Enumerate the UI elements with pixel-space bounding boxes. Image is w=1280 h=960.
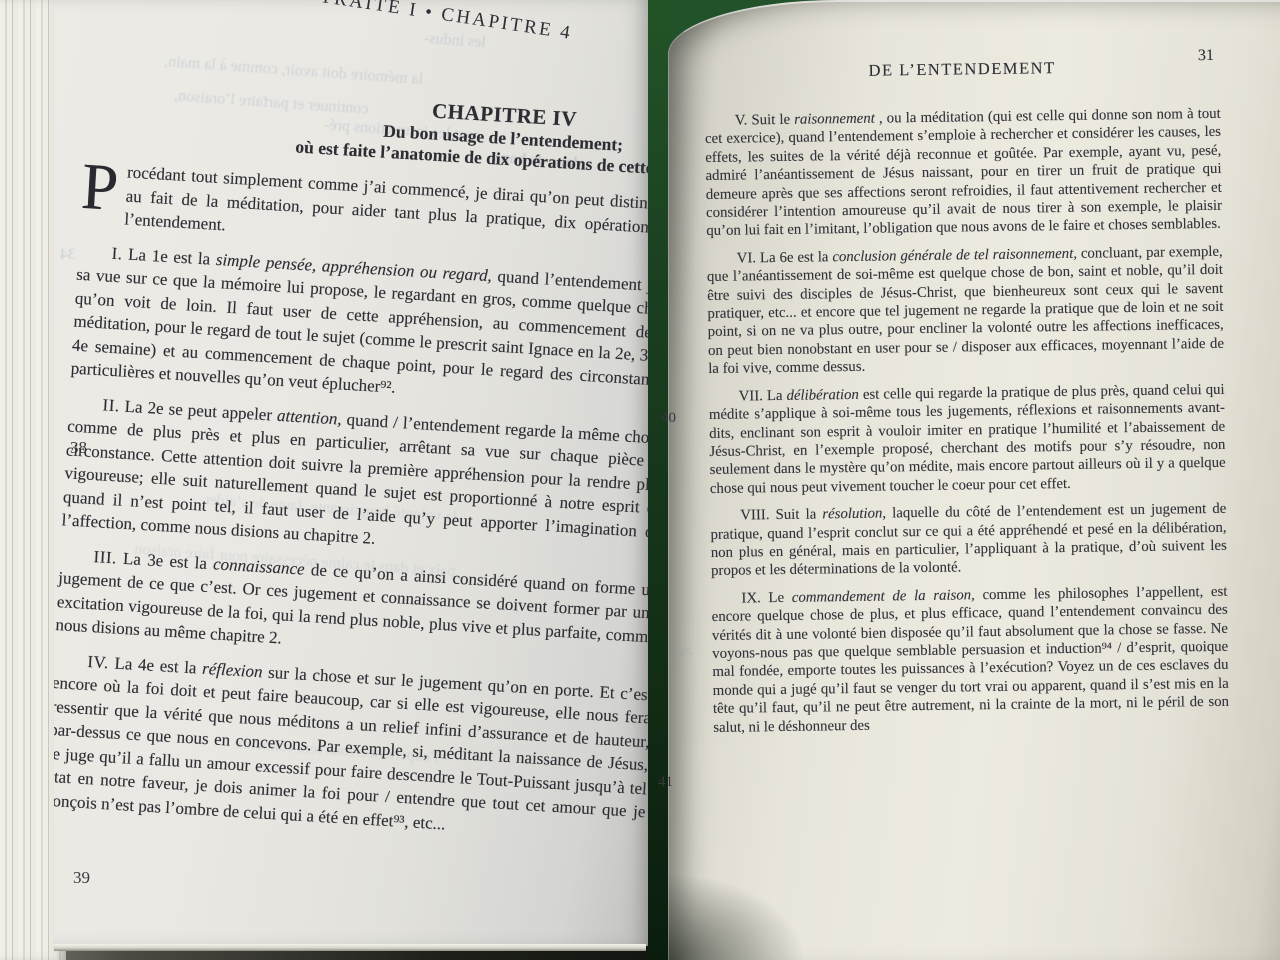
italic-term: délibération xyxy=(786,387,859,404)
italic-term: attention, xyxy=(277,405,343,428)
margin-number-40: 40 xyxy=(661,410,676,427)
paragraph-numeral: V. xyxy=(735,112,748,128)
open-book-photo: TRAITE I • CHAPITRE 4 les indus- la mémo… xyxy=(0,0,1280,960)
paragraph-numeral: IV. xyxy=(87,652,110,672)
paragraph-2: II. La 2e se peut appeler attention, qua… xyxy=(61,391,652,567)
running-head-right: DE L’ENTENDEMENT xyxy=(868,58,1055,80)
paragraph-text: de ce qu’on a ainsi considéré quand on f… xyxy=(55,559,652,647)
right-page-text-block: DE L’ENTENDEMENT 31 V. Suit le raisonnem… xyxy=(704,57,1229,746)
italic-term: résolution, xyxy=(822,506,886,523)
page-header: DE L’ENTENDEMENT 31 xyxy=(704,57,1220,88)
paragraph-numeral: VII. xyxy=(739,388,763,404)
italic-term: conclusion générale de tel raisonnement, xyxy=(832,246,1077,265)
paragraph-5: V. Suit le raisonnement , ou la méditati… xyxy=(705,105,1223,241)
paragraph-text: La xyxy=(763,388,787,404)
margin-number-41: 41 xyxy=(658,774,673,791)
italic-term: raisonnement xyxy=(794,111,875,128)
paragraph-numeral: VIII. xyxy=(740,507,769,523)
paragraph-4: IV. La 4e est la réflexion sur la chose … xyxy=(54,647,652,847)
bleedthrough-margin-number: 34 xyxy=(60,246,76,264)
paragraph-text: La 6e est la xyxy=(756,249,833,266)
margin-number-39: 39 xyxy=(73,868,90,888)
paragraph-text: quand / l’entendement regarde la même ch… xyxy=(61,409,652,548)
left-page-text-block: CHAPITRE IV Du bon usage de l’entendemen… xyxy=(54,78,652,858)
paragraph-text: Suit la xyxy=(769,507,822,524)
italic-term: réflexion xyxy=(202,658,263,681)
paragraph-text: Suit le xyxy=(747,112,794,129)
paragraph-8: VIII. Suit la résolution, laquelle du cô… xyxy=(710,500,1227,581)
paragraph-9: IX. Le commandement de la raison, comme … xyxy=(711,582,1229,736)
drop-cap: P xyxy=(80,158,128,217)
bleedthrough-text: les indus- xyxy=(423,30,486,52)
paragraph-text: La 1e est la xyxy=(122,244,217,269)
left-page: TRAITE I • CHAPITRE 4 les indus- la mémo… xyxy=(54,0,652,946)
paragraph-text: sur la chose et sur le jugement qu’on en… xyxy=(54,662,652,833)
paragraph-text: La 4e est la xyxy=(108,653,202,678)
paragraph-1: I. La 1e est la simple pensée, appréhens… xyxy=(70,239,652,415)
bleedthrough-text: la mémoire doit avoir, comme à la main, xyxy=(164,53,424,89)
right-page: DE L’ENTENDEMENT 31 V. Suit le raisonnem… xyxy=(668,0,1280,960)
paragraph-numeral: III. xyxy=(93,547,117,567)
paragraph-numeral: II. xyxy=(102,395,120,415)
paragraph-numeral: IX. xyxy=(741,590,761,606)
italic-term: commandement de la raison, xyxy=(792,587,975,606)
left-page-bottom-edge xyxy=(54,944,646,951)
paragraph-6: VI. La 6e est la conclusion générale de … xyxy=(707,243,1225,379)
bleedthrough-margin-number: 45 xyxy=(678,646,692,662)
paragraph-text: quand l’entendement jette sa vue sur ce … xyxy=(70,265,652,397)
paragraph-text: La 3e est la xyxy=(116,548,214,573)
italic-term: connaissance xyxy=(213,554,306,578)
paragraph-7: VII. La délibération est celle qui regar… xyxy=(709,380,1226,498)
page-number: 31 xyxy=(1198,47,1214,66)
paragraph-text: Le xyxy=(761,590,792,606)
paragraph-text: comme les philosophes l’appellent, est e… xyxy=(712,583,1229,735)
paragraph-numeral: VI. xyxy=(737,250,757,266)
book-gutter xyxy=(648,0,670,960)
